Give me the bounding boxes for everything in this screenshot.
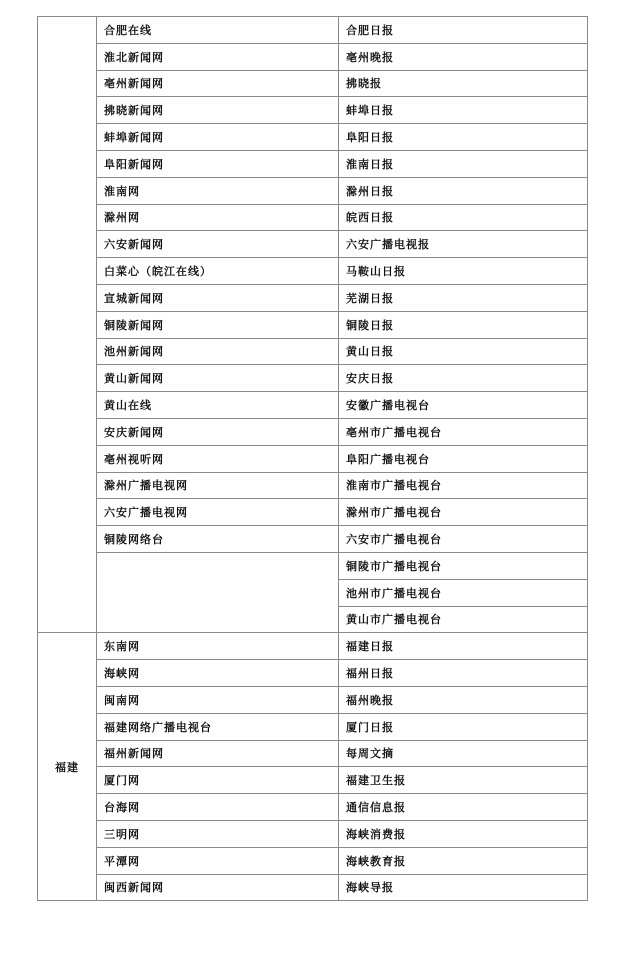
newspaper-broadcast-cell: 阜阳广播电视台 <box>339 445 588 472</box>
website-cell: 六安新闻网 <box>97 231 339 258</box>
website-cell: 东南网 <box>97 633 339 660</box>
website-cell: 淮北新闻网 <box>97 43 339 70</box>
media-list-table: 合肥在线合肥日报淮北新闻网亳州晚报亳州新闻网拂晓报拂晓新闻网蚌埠日报蚌埠新闻网阜… <box>37 16 588 901</box>
newspaper-broadcast-cell: 福州日报 <box>339 660 588 687</box>
table-row: 宣城新闻网芜湖日报 <box>38 284 588 311</box>
region-cell: 福建 <box>38 633 97 901</box>
table-row: 福建网络广播电视台厦门日报 <box>38 713 588 740</box>
website-cell: 滁州广播电视网 <box>97 472 339 499</box>
table-row: 亳州视听网阜阳广播电视台 <box>38 445 588 472</box>
newspaper-broadcast-cell: 皖西日报 <box>339 204 588 231</box>
table-row: 安庆新闻网亳州市广播电视台 <box>38 418 588 445</box>
website-cell: 合肥在线 <box>97 17 339 44</box>
table-row: 拂晓新闻网蚌埠日报 <box>38 97 588 124</box>
newspaper-broadcast-cell: 蚌埠日报 <box>339 97 588 124</box>
table-row: 厦门网福建卫生报 <box>38 767 588 794</box>
newspaper-broadcast-cell: 铜陵市广播电视台 <box>339 552 588 579</box>
newspaper-broadcast-cell: 阜阳日报 <box>339 124 588 151</box>
table-row: 蚌埠新闻网阜阳日报 <box>38 124 588 151</box>
website-cell: 海峡网 <box>97 660 339 687</box>
website-cell: 宣城新闻网 <box>97 284 339 311</box>
newspaper-broadcast-cell: 六安市广播电视台 <box>339 526 588 553</box>
table-row: 黄山在线安徽广播电视台 <box>38 392 588 419</box>
newspaper-broadcast-cell: 滁州日报 <box>339 177 588 204</box>
table-row: 阜阳新闻网淮南日报 <box>38 150 588 177</box>
website-cell: 三明网 <box>97 820 339 847</box>
region-cell <box>38 17 97 633</box>
newspaper-broadcast-cell: 安庆日报 <box>339 365 588 392</box>
newspaper-broadcast-cell: 淮南市广播电视台 <box>339 472 588 499</box>
table-row: 合肥在线合肥日报 <box>38 17 588 44</box>
newspaper-broadcast-cell: 芜湖日报 <box>339 284 588 311</box>
newspaper-broadcast-cell: 安徽广播电视台 <box>339 392 588 419</box>
table-row: 六安广播电视网滁州市广播电视台 <box>38 499 588 526</box>
website-cell: 蚌埠新闻网 <box>97 124 339 151</box>
newspaper-broadcast-cell: 福建卫生报 <box>339 767 588 794</box>
table-row: 铜陵网络台六安市广播电视台 <box>38 526 588 553</box>
table-row: 台海网通信信息报 <box>38 794 588 821</box>
newspaper-broadcast-cell: 通信信息报 <box>339 794 588 821</box>
table-row: 滁州广播电视网淮南市广播电视台 <box>38 472 588 499</box>
website-cell: 福州新闻网 <box>97 740 339 767</box>
newspaper-broadcast-cell: 淮南日报 <box>339 150 588 177</box>
table-row: 亳州新闻网拂晓报 <box>38 70 588 97</box>
table-row: 福建东南网福建日报 <box>38 633 588 660</box>
newspaper-broadcast-cell: 亳州市广播电视台 <box>339 418 588 445</box>
website-cell: 福建网络广播电视台 <box>97 713 339 740</box>
table-row: 池州新闻网黄山日报 <box>38 338 588 365</box>
newspaper-broadcast-cell: 池州市广播电视台 <box>339 579 588 606</box>
newspaper-broadcast-cell: 每周文摘 <box>339 740 588 767</box>
newspaper-broadcast-cell: 黄山日报 <box>339 338 588 365</box>
table-row: 淮北新闻网亳州晚报 <box>38 43 588 70</box>
media-list-body: 合肥在线合肥日报淮北新闻网亳州晚报亳州新闻网拂晓报拂晓新闻网蚌埠日报蚌埠新闻网阜… <box>38 17 588 901</box>
newspaper-broadcast-cell: 福建日报 <box>339 633 588 660</box>
website-cell: 厦门网 <box>97 767 339 794</box>
newspaper-broadcast-cell: 铜陵日报 <box>339 311 588 338</box>
website-cell: 铜陵新闻网 <box>97 311 339 338</box>
website-cell-empty <box>97 552 339 632</box>
website-cell: 平潭网 <box>97 847 339 874</box>
website-cell: 滁州网 <box>97 204 339 231</box>
table-row: 铜陵新闻网铜陵日报 <box>38 311 588 338</box>
newspaper-broadcast-cell: 合肥日报 <box>339 17 588 44</box>
newspaper-broadcast-cell: 亳州晚报 <box>339 43 588 70</box>
website-cell: 亳州视听网 <box>97 445 339 472</box>
table-row: 福州新闻网每周文摘 <box>38 740 588 767</box>
table-row: 海峡网福州日报 <box>38 660 588 687</box>
newspaper-broadcast-cell: 福州晚报 <box>339 686 588 713</box>
newspaper-broadcast-cell: 滁州市广播电视台 <box>339 499 588 526</box>
table-row: 黄山新闻网安庆日报 <box>38 365 588 392</box>
website-cell: 黄山在线 <box>97 392 339 419</box>
newspaper-broadcast-cell: 厦门日报 <box>339 713 588 740</box>
table-row: 平潭网海峡教育报 <box>38 847 588 874</box>
website-cell: 安庆新闻网 <box>97 418 339 445</box>
table-row: 铜陵市广播电视台 <box>38 552 588 579</box>
website-cell: 拂晓新闻网 <box>97 97 339 124</box>
table-row: 三明网海峡消费报 <box>38 820 588 847</box>
table-row: 六安新闻网六安广播电视报 <box>38 231 588 258</box>
website-cell: 白菜心（皖江在线） <box>97 258 339 285</box>
table-row: 闽南网福州晚报 <box>38 686 588 713</box>
newspaper-broadcast-cell: 马鞍山日报 <box>339 258 588 285</box>
table-row: 滁州网皖西日报 <box>38 204 588 231</box>
website-cell: 六安广播电视网 <box>97 499 339 526</box>
website-cell: 池州新闻网 <box>97 338 339 365</box>
newspaper-broadcast-cell: 黄山市广播电视台 <box>339 606 588 633</box>
newspaper-broadcast-cell: 海峡教育报 <box>339 847 588 874</box>
website-cell: 台海网 <box>97 794 339 821</box>
table-row: 淮南网滁州日报 <box>38 177 588 204</box>
website-cell: 黄山新闻网 <box>97 365 339 392</box>
website-cell: 闽南网 <box>97 686 339 713</box>
website-cell: 阜阳新闻网 <box>97 150 339 177</box>
website-cell: 淮南网 <box>97 177 339 204</box>
newspaper-broadcast-cell: 拂晓报 <box>339 70 588 97</box>
table-row: 白菜心（皖江在线）马鞍山日报 <box>38 258 588 285</box>
website-cell: 铜陵网络台 <box>97 526 339 553</box>
newspaper-broadcast-cell: 海峡消费报 <box>339 820 588 847</box>
newspaper-broadcast-cell: 海峡导报 <box>339 874 588 901</box>
newspaper-broadcast-cell: 六安广播电视报 <box>339 231 588 258</box>
table-row: 闽西新闻网海峡导报 <box>38 874 588 901</box>
website-cell: 闽西新闻网 <box>97 874 339 901</box>
website-cell: 亳州新闻网 <box>97 70 339 97</box>
